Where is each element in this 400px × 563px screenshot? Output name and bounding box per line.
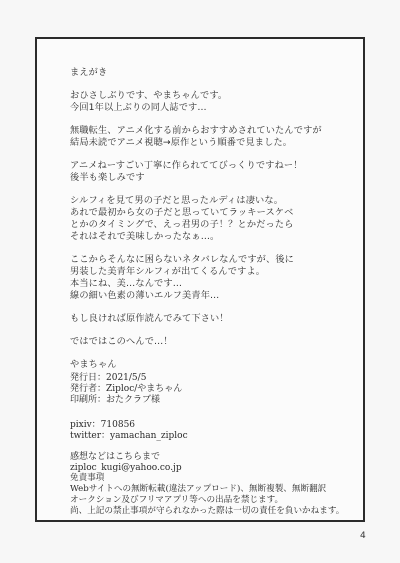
preface-paragraph-5: ここからそんなに困らないネタバレなんですが、後に 男装した美青年シルフィが出てく… [70, 254, 355, 302]
publisher: 発行者：Ziploc/やまちゃん [70, 384, 182, 395]
twitter-handle: twitter：yamachan_ziploc [70, 431, 188, 442]
preface-paragraph-7: ではではこのへんで…！ [70, 336, 355, 348]
disclaimer: 免責事項 Webサイトへの無断転載(違法アップロード)、無断複製、無断翻訳 オー… [70, 473, 344, 517]
preface-signature: やまちゃん [70, 359, 355, 371]
preface-paragraph-1: おひさしぶりです、やまちゃんです。 今回1年以上ぶりの同人誌です… [70, 90, 355, 114]
text-line: 本当にね、美…なんです… [70, 278, 355, 290]
text-line: 今回1年以上ぶりの同人誌です… [70, 102, 355, 114]
text-line: 無職転生、アニメ化する前からおすすめされていたんですが [70, 125, 355, 137]
pixiv-id: pixiv：710856 [70, 420, 188, 431]
disclaimer-line: オークション及びフリマアプリ等への出品を禁じます。 [70, 495, 344, 506]
preface-heading: まえがき [70, 67, 355, 79]
contact-info: pixiv：710856 twitter：yamachan_ziploc 感想な… [70, 420, 188, 474]
text-line: 男装した美青年シルフィが出てくるんですよ。 [70, 266, 355, 278]
disclaimer-line: 尚、上記の禁止事項が守られなかった際は一切の責任を負いかねます。 [70, 506, 344, 517]
text-line: ではではこのへんで…！ [70, 336, 355, 348]
text-line: 線の細い色素の薄いエルフ美青年… [70, 290, 355, 302]
text-line: それはそれで美味しかったなぁ…。 [70, 231, 355, 243]
text-line: もし良ければ原作読んでみて下さい！ [70, 313, 355, 325]
disclaimer-line: Webサイトへの無断転載(違法アップロード)、無断複製、無断翻訳 [70, 484, 344, 495]
preface-paragraph-6: もし良ければ原作読んでみて下さい！ [70, 313, 355, 325]
printer: 印刷所：おたクラブ様 [70, 395, 182, 406]
text-line: おひさしぶりです、やまちゃんです。 [70, 90, 355, 102]
feedback-label: 感想などはこちらまで [70, 452, 188, 463]
preface-paragraph-4: シルフィを見て男の子だと思ったルディは凄いな。 あれで最初から女の子だと思ってい… [70, 195, 355, 243]
text-line: ここからそんなに困らないネタバレなんですが、後に [70, 254, 355, 266]
preface-paragraph-2: 無職転生、アニメ化する前からおすすめされていたんですが 結局未読でアニメ視聴→原… [70, 125, 355, 149]
page-number: 4 [360, 531, 366, 541]
text-line: あれで最初から女の子だと思っていてラッキースケベ [70, 207, 355, 219]
heading-text: まえがき [70, 67, 355, 79]
text-line: シルフィを見て男の子だと思ったルディは凄いな。 [70, 195, 355, 207]
signature-text: やまちゃん [70, 359, 355, 371]
text-line: とかのタイミングで、えっ君男の子！？とかだったら [70, 219, 355, 231]
text-line: 結局未読でアニメ視聴→原作という順番で見ました。 [70, 137, 355, 149]
issue-date: 発行日：2021/5/5 [70, 373, 182, 384]
text-line: 後半も楽しみです [70, 172, 355, 184]
disclaimer-title: 免責事項 [70, 473, 344, 484]
text-line: アニメねーすごい丁寧に作られててびっくりですねー！ [70, 160, 355, 172]
preface-paragraph-3: アニメねーすごい丁寧に作られててびっくりですねー！ 後半も楽しみです [70, 160, 355, 184]
colophon: 発行日：2021/5/5 発行者：Ziploc/やまちゃん 印刷所：おたクラブ様 [70, 373, 182, 406]
preface-section: まえがき おひさしぶりです、やまちゃんです。 今回1年以上ぶりの同人誌です… 無… [70, 67, 355, 382]
